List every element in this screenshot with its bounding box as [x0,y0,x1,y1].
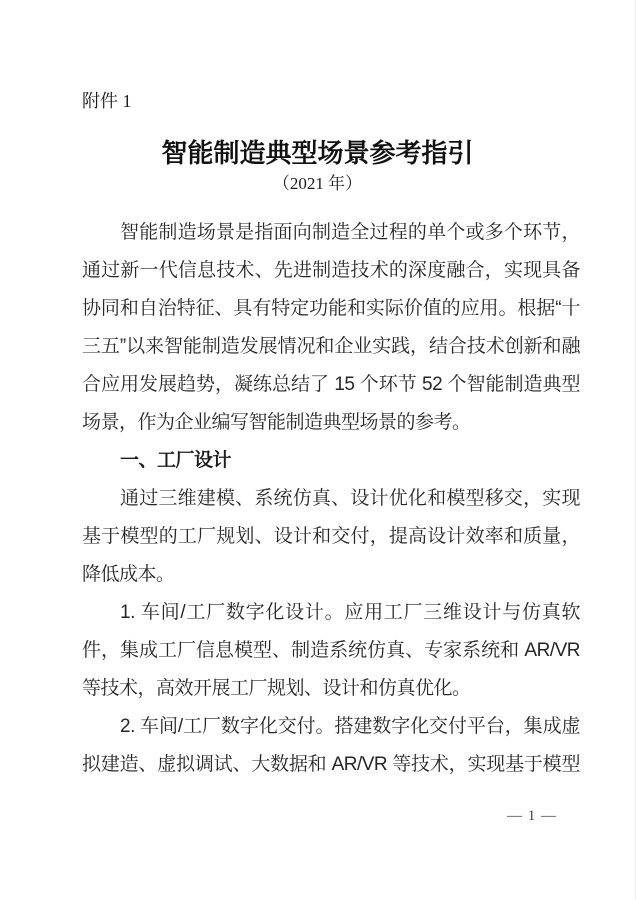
section-heading-factory-design: 一、工厂设计 [82,442,580,480]
paragraph-section-summary: 通过三维建模、系统仿真、设计优化和模型移交，实现基于模型的工厂规划、设计和交付，… [82,480,580,594]
paragraph-item-2: 2. 车间/工厂数字化交付。搭建数字化交付平台，集成虚拟建造、虚拟调试、大数据和… [82,708,580,786]
paragraph-item-1: 1. 车间/工厂数字化设计。应用工厂三维设计与仿真软件，集成工厂信息模型、制造系… [82,594,580,708]
paragraph-intro: 智能制造场景是指面向制造全过程的单个或多个环节，通过新一代信息技术、先进制造技术… [82,214,580,442]
document-title: 智能制造典型场景参考指引 [0,137,635,169]
page-number: — 1 — [507,806,557,826]
document-body: 智能制造场景是指面向制造全过程的单个或多个环节，通过新一代信息技术、先进制造技术… [82,214,580,786]
document-page: 附件 1 智能制造典型场景参考指引 （2021 年） 智能制造场景是指面向制造全… [0,0,636,900]
document-subtitle: （2021 年） [0,173,635,195]
attachment-label: 附件 1 [82,90,132,112]
